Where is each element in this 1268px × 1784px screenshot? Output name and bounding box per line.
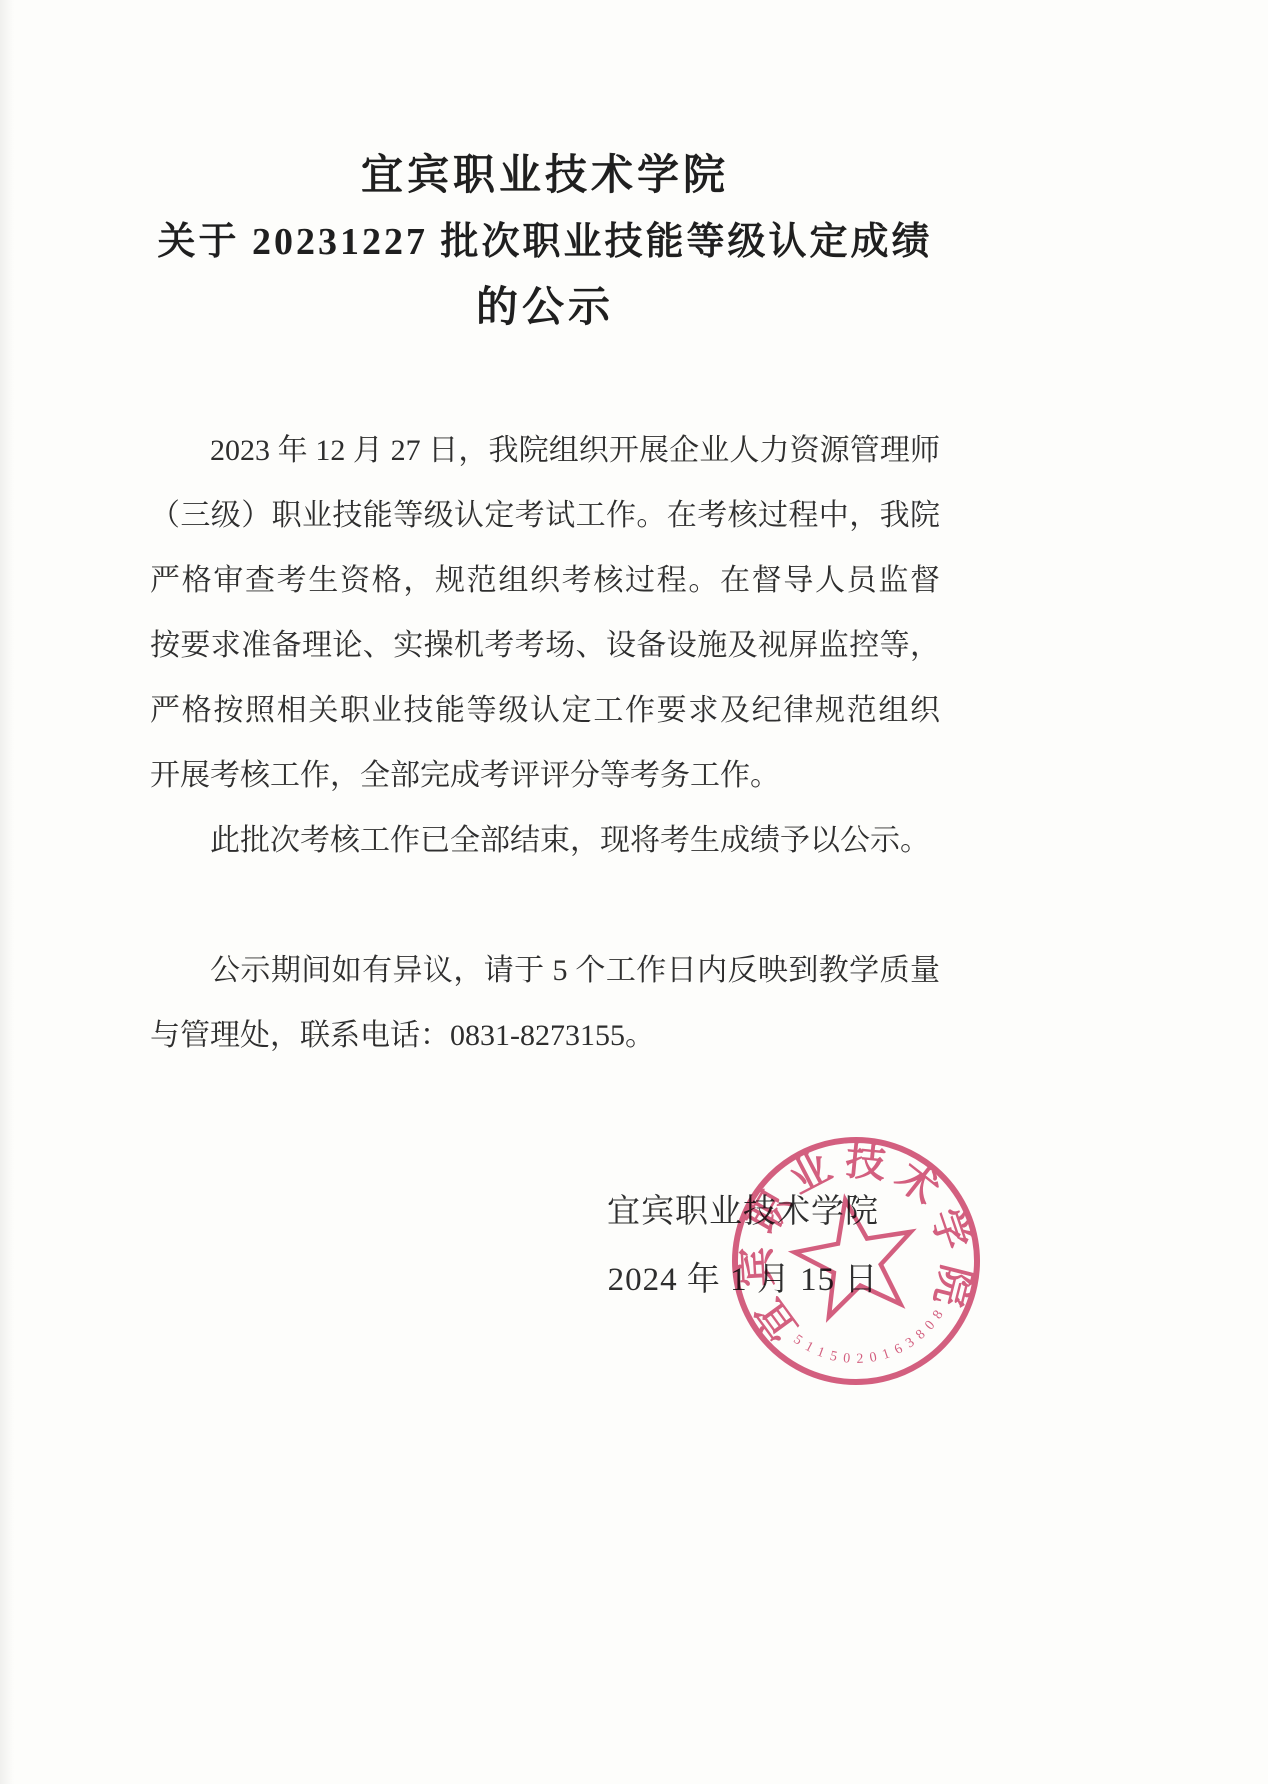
document-body: 2023 年 12 月 27 日，我院组织开展企业人力资源管理师（三级）职业技能… — [150, 418, 940, 1068]
body-text-line: 开展考核工作，全部完成考评评分等考务工作。 — [150, 743, 940, 808]
signature-block: 宜宾职业技术学院 2024 年 1 月 15 日 — [543, 1178, 943, 1314]
paragraph-2: 此批次考核工作已全部结束，现将考生成绩予以公示。 — [150, 808, 940, 873]
seal-serial-holder: 5115020163808 — [788, 1304, 954, 1379]
paragraph-1: 2023 年 12 月 27 日，我院组织开展企业人力资源管理师（三级）职业技能… — [150, 418, 940, 808]
body-text-line: 与管理处，联系电话：0831-8273155。 — [150, 1003, 940, 1068]
document-page: 宜宾职业技术学院 关于 20231227 批次职业技能等级认定成绩 的公示 20… — [0, 0, 1268, 1784]
title-line-1: 宜宾职业技术学院 — [150, 143, 940, 209]
body-text-line: 此批次考核工作已全部结束，现将考生成绩予以公示。 — [150, 808, 940, 873]
title-line-2: 关于 20231227 批次职业技能等级认定成绩 — [150, 209, 940, 275]
paragraph-3: 公示期间如有异议，请于 5 个工作日内反映到教学质量与管理处，联系电话：0831… — [150, 938, 940, 1068]
signature-organization: 宜宾职业技术学院 — [543, 1178, 943, 1246]
body-text-line: 按要求准备理论、实操机考考场、设备设施及视屏监控等， — [150, 613, 940, 678]
body-text-line: 严格审查考生资格，规范组织考核过程。在督导人员监督下， — [150, 548, 940, 613]
body-text-line: （三级）职业技能等级认定考试工作。在考核过程中，我院 — [150, 483, 940, 548]
document-title: 宜宾职业技术学院 关于 20231227 批次职业技能等级认定成绩 的公示 — [150, 143, 940, 341]
title-line-3: 的公示 — [150, 275, 940, 341]
scan-edge-shadow — [0, 0, 14, 1784]
signature-date: 2024 年 1 月 15 日 — [543, 1246, 943, 1314]
seal-serial-number: 5115020163808 — [788, 1304, 954, 1379]
body-text-line: 2023 年 12 月 27 日，我院组织开展企业人力资源管理师 — [150, 418, 940, 483]
body-text-line: 严格按照相关职业技能等级认定工作要求及纪律规范组织 — [150, 678, 940, 743]
body-text-line: 公示期间如有异议，请于 5 个工作日内反映到教学质量 — [150, 938, 940, 1003]
